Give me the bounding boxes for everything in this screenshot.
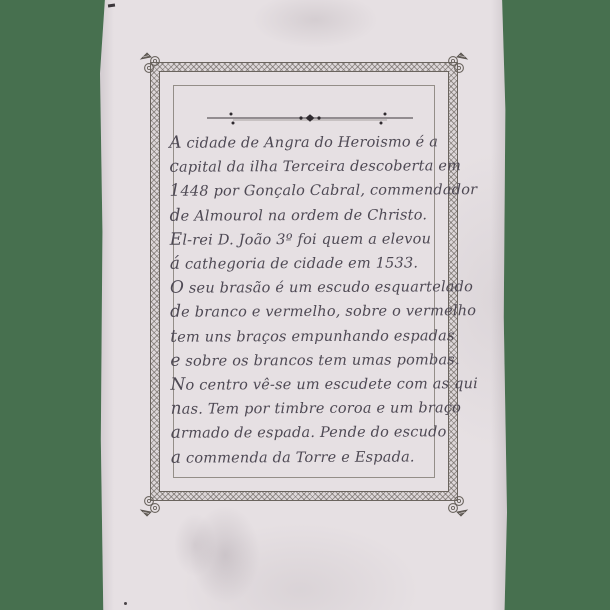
corner-flourish-icon <box>138 50 168 80</box>
manuscript-line: 1448 por Gonçalo Cabral, commendador <box>169 179 447 205</box>
manuscript-line: de Almourol na ordem de Christo. <box>169 203 447 229</box>
manuscript-line: á cathegoria de cidade em 1533. <box>170 251 448 277</box>
manuscript-line: capital da ilha Terceira descoberta em <box>169 154 447 180</box>
manuscript-line: tem uns braços empunhando espadas <box>170 324 448 350</box>
manuscript-line: No centro vê-se um escudete com as qui <box>170 372 448 398</box>
manuscript-line: O seu brasão é um escudo esquartelado <box>170 275 448 301</box>
manuscript-line: a commenda da Torre e Espada. <box>171 445 449 471</box>
manuscript-line: El-rei D. João 3º foi quem a elevou <box>170 227 448 253</box>
corner-flourish-icon <box>138 489 168 519</box>
manuscript-line: A cidade de Angra do Heroismo é a <box>169 130 447 156</box>
manuscript-line: nas. Tem por timbre coroa e um braço <box>171 397 449 423</box>
manuscript-line: armado de espada. Pende do escudo <box>171 421 449 447</box>
divider-ornament-icon <box>205 110 415 126</box>
manuscript-line: e sobre os brancos tem umas pombas. <box>170 348 448 374</box>
photo-background: A cidade de Angra do Heroismo é a capita… <box>0 0 610 610</box>
manuscript-line: de branco e vermelho, sobre o vermelho <box>170 300 448 326</box>
corner-flourish-icon <box>440 489 470 519</box>
ink-speck <box>124 602 127 605</box>
manuscript-text: A cidade de Angra do Heroismo é a capita… <box>169 130 449 470</box>
corner-flourish-icon <box>440 50 470 80</box>
